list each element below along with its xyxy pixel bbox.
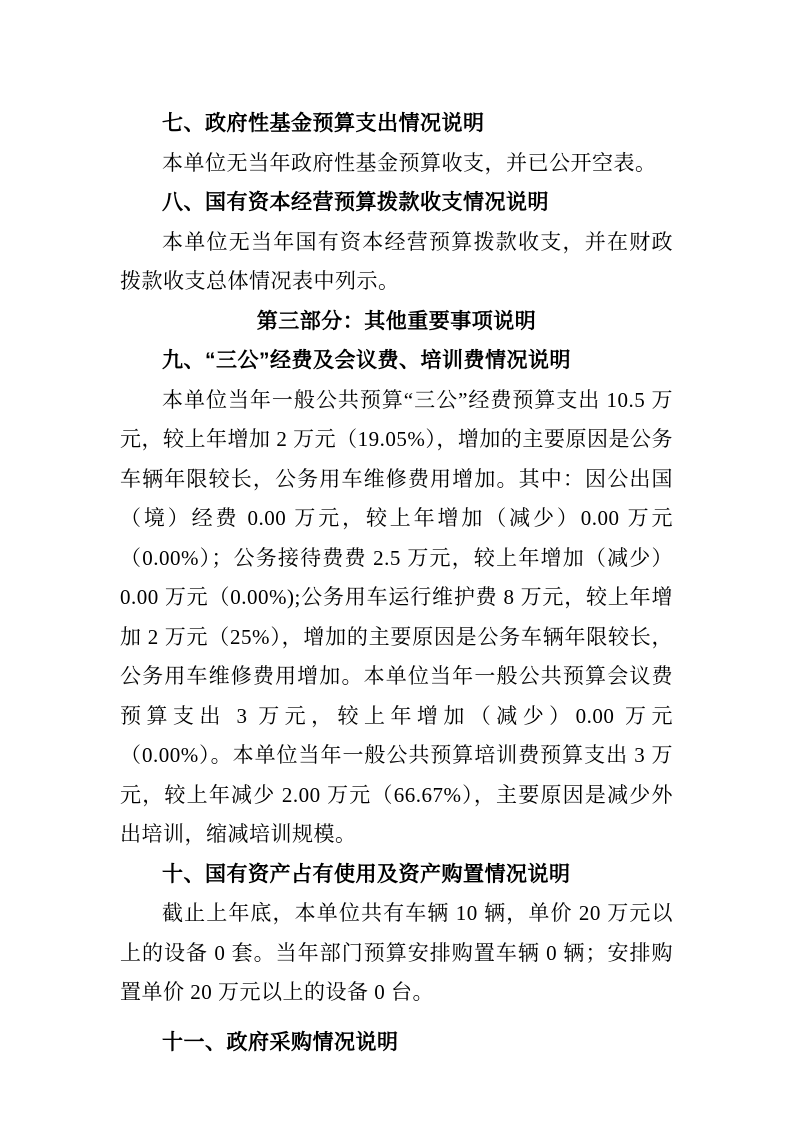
section-heading: 九、“三公”经费及会议费、培训费情况说明 [120, 341, 673, 381]
section-heading: 十一、政府采购情况说明 [120, 1023, 673, 1063]
section-heading: 七、政府性基金预算支出情况说明 [120, 104, 673, 144]
body-paragraph: 本单位无当年政府性基金预算收支，并已公开空表。 [120, 144, 673, 184]
section-heading: 八、国有资本经营预算拨款收支情况说明 [120, 183, 673, 223]
section-heading: 十、国有资产占有使用及资产购置情况说明 [120, 855, 673, 895]
document-body: 七、政府性基金预算支出情况说明本单位无当年政府性基金预算收支，并已公开空表。八、… [120, 104, 673, 1062]
part-title: 第三部分：其他重要事项说明 [120, 302, 673, 342]
document-page: 七、政府性基金预算支出情况说明本单位无当年政府性基金预算收支，并已公开空表。八、… [0, 0, 793, 1122]
body-paragraph: 本单位无当年国有资本经营预算拨款收支，并在财政拨款收支总体情况表中列示。 [120, 223, 673, 302]
body-paragraph: 截止上年底，本单位共有车辆 10 辆，单价 20 万元以上的设备 0 套。当年部… [120, 894, 673, 1013]
body-paragraph: 本单位当年一般公共预算“三公”经费预算支出 10.5 万元，较上年增加 2 万元… [120, 381, 673, 855]
